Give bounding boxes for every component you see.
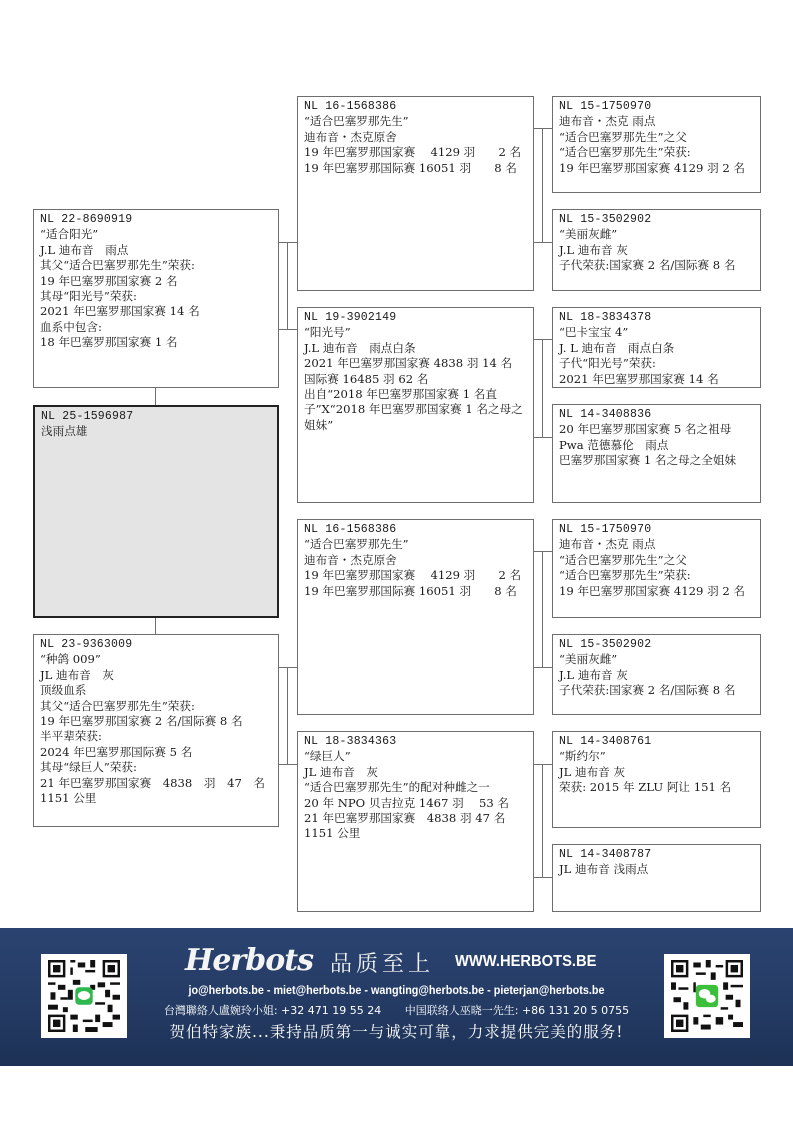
connector-subject-dam [155, 617, 156, 634]
breeder-color: 迪布音・杰克 雨点 [559, 114, 754, 129]
breeder: 迪布音・杰克原舍 [304, 130, 527, 145]
detail-line: 21 年巴塞罗那国家赛 4838 羽 47 名 [304, 811, 527, 826]
ring-number: NL 23-9363009 [40, 637, 272, 652]
connector-sire-sd [278, 329, 297, 330]
detail-line: 1151 公里 [40, 791, 272, 806]
detail-line: 2021 年巴塞罗那国家赛 4838 羽 14 名 [304, 356, 527, 371]
detail-line: 血系中包含: [40, 320, 272, 335]
website-link[interactable]: WWW.HERBOTS.BE [455, 953, 596, 971]
detail-line: 子代荣获:国家赛 2 名/国际赛 8 名 [559, 683, 754, 698]
contact-china: 中国联络人巫晓一先生: +86 131 20 5 0755 [405, 1004, 629, 1017]
brand-row: Herbots 品质至上 WWW.HERBOTS.BE [185, 943, 645, 979]
detail-line: “适合巴塞罗那先生”的配对种雌之一 [304, 780, 527, 795]
detail-line: 2021 年巴塞罗那国家赛 14 名 [559, 372, 754, 387]
detail-line: 荣获: 2015 年 ZLU 阿让 151 名 [559, 780, 754, 795]
detail-line: 其母“阳光号”荣获: [40, 289, 272, 304]
pedigree-box-ddd: NL 14-3408787 JL 迪布音 浅雨点 [552, 844, 761, 912]
pigeon-name: “适合巴塞罗那先生” [304, 537, 527, 552]
detail-line: 19 年巴塞罗那国家赛 4129 羽 2 名 [304, 145, 527, 160]
detail-line: “适合巴塞罗那先生”之父 [559, 130, 754, 145]
breeder-color: J.L 迪布音 灰 [559, 243, 754, 258]
detail-line: 19 年巴塞罗那国家赛 2 名/国际赛 8 名 [40, 714, 272, 729]
contact-taiwan: 台灣聯絡人盧婉玲小姐: +32 471 19 55 24 [164, 1004, 381, 1017]
detail-line: “适合巴塞罗那先生”荣获: [559, 568, 754, 583]
brand-slogan: 品质至上 [330, 947, 434, 978]
connector-ss-ssd [533, 242, 552, 243]
pigeon-name: “适合巴塞罗那先生” [304, 114, 527, 129]
connector-dam-v [287, 667, 288, 765]
connector-ds-dsd [533, 667, 552, 668]
ring-number: NL 18-3834363 [304, 734, 527, 749]
pedigree-box-ssd: NL 15-3502902 “美丽灰雌” J.L 迪布音 灰 子代荣获:国家赛 … [552, 209, 761, 291]
detail-line: “适合巴塞罗那先生”荣获: [559, 145, 754, 160]
detail-line: 顶级血系 [40, 683, 272, 698]
detail-line: 国际赛 16485 羽 62 名 [304, 372, 527, 387]
ring-number: NL 14-3408761 [559, 734, 754, 749]
ring-number: NL 22-8690919 [40, 212, 272, 227]
pedigree-box-sdd: NL 14-3408836 20 年巴塞罗那国家赛 5 名之祖母 Pwa 范德慕… [552, 404, 761, 503]
ring-number: NL 19-3902149 [304, 310, 527, 325]
ring-number: NL 15-1750970 [559, 99, 754, 114]
pedigree-box-dam-dam: NL 18-3834363 “绿巨人” JL 迪布音 灰 “适合巴塞罗那先生”的… [297, 731, 534, 912]
detail-line: 19 年巴塞罗那国家赛 4129 羽 2 名 [559, 161, 754, 176]
pedigree-box-dam-sire: NL 16-1568386 “适合巴塞罗那先生” 迪布音・杰克原舍 19 年巴塞… [297, 519, 534, 715]
pedigree-box-dds: NL 14-3408761 “斯约尔” JL 迪布音 灰 荣获: 2015 年 … [552, 731, 761, 828]
breeder-color: JL 迪布音 浅雨点 [559, 862, 754, 877]
detail-line: 21 年巴塞罗那国家赛 4838 羽 47 名 [40, 776, 272, 791]
detail-line: 出自“2018 年巴塞罗那国家赛 1 名直子”X“2018 年巴塞罗那国家赛 1… [304, 387, 527, 433]
detail-line: 2024 年巴塞罗那国际赛 5 名 [40, 745, 272, 760]
detail-line: 2021 年巴塞罗那国家赛 14 名 [40, 304, 272, 319]
pigeon-name: “绿巨人” [304, 749, 527, 764]
ring-number: NL 25-1596987 [41, 409, 271, 424]
breeder-color: J.L 迪布音 雨点 [40, 243, 272, 258]
ring-number: NL 14-3408836 [559, 407, 754, 422]
breeder-color: JL 迪布音 灰 [40, 668, 272, 683]
pigeon-name: “阳光号” [304, 325, 527, 340]
pigeon-name: “斯约尔” [559, 749, 754, 764]
footer-banner: Herbots 品质至上 WWW.HERBOTS.BE jo@herbots.b… [0, 928, 793, 1066]
connector-sire-h [278, 242, 287, 243]
pedigree-box-dsd: NL 15-3502902 “美丽灰雌” J.L 迪布音 灰 子代荣获:国家赛 … [552, 634, 761, 715]
pigeon-name: “适合阳光” [40, 227, 272, 242]
detail-line: 子代荣获:国家赛 2 名/国际赛 8 名 [559, 258, 754, 273]
pedigree-box-subject: NL 25-1596987 浅雨点雄 [33, 405, 279, 618]
detail-line: 巴塞罗那国家赛 1 名之母之全姐妹 [559, 453, 754, 468]
connector-subject-sire [155, 387, 156, 405]
contact-emails[interactable]: jo@herbots.be - miet@herbots.be - wangti… [40, 983, 754, 997]
detail-line: 19 年巴塞罗那国际赛 16051 羽 8 名 [304, 584, 527, 599]
detail-line: 1151 公里 [304, 826, 527, 841]
pedigree-box-sire-dam: NL 19-3902149 “阳光号” J.L 迪布音 雨点白条 2021 年巴… [297, 307, 534, 503]
breeder: 迪布音・杰克原舍 [304, 553, 527, 568]
pedigree-box-sss: NL 15-1750970 迪布音・杰克 雨点 “适合巴塞罗那先生”之父 “适合… [552, 96, 761, 193]
breeder-color: JL 迪布音 灰 [304, 765, 527, 780]
connector-ds-v [542, 551, 543, 667]
detail-line: 其父“适合巴塞罗那先生”荣获: [40, 258, 272, 273]
connector-dd-ddd [533, 877, 552, 878]
herbots-logo: Herbots [185, 943, 313, 978]
breeder-color: J.L 迪布音 雨点白条 [304, 341, 527, 356]
breeder-color: JL 迪布音 灰 [559, 765, 754, 780]
connector-sd-v [542, 339, 543, 437]
connector-sd-sdd [533, 437, 552, 438]
connector-sire-v [287, 242, 288, 330]
pigeon-name: “美丽灰雌” [559, 227, 754, 242]
breeder-color: J.L 迪布音 灰 [559, 668, 754, 683]
pigeon-name: “美丽灰雌” [559, 652, 754, 667]
pedigree-box-sds: NL 18-3834378 “巴卡宝宝 4” J. L 迪布音 雨点白条 子代“… [552, 307, 761, 388]
detail-line: 19 年巴塞罗那国家赛 2 名 [40, 274, 272, 289]
connector-dam-dd [278, 764, 297, 765]
qr-code-icon [670, 960, 744, 1032]
ring-number: NL 15-3502902 [559, 637, 754, 652]
detail-line: 19 年巴塞罗那国家赛 4129 羽 2 名 [559, 584, 754, 599]
pedigree-box-sire-sire: NL 16-1568386 “适合巴塞罗那先生” 迪布音・杰克原舍 19 年巴塞… [297, 96, 534, 291]
pigeon-name: “种鸽 009” [40, 652, 272, 667]
ring-number: NL 15-1750970 [559, 522, 754, 537]
breeder-color: 迪布音・杰克 雨点 [559, 537, 754, 552]
detail-line: “适合巴塞罗那先生”之父 [559, 553, 754, 568]
detail-line: 19 年巴塞罗那国际赛 16051 羽 8 名 [304, 161, 527, 176]
detail-line: 半平辈荣获: [40, 729, 272, 744]
detail-line: 20 年巴塞罗那国家赛 5 名之祖母 [559, 422, 754, 437]
ring-number: NL 15-3502902 [559, 212, 754, 227]
pedigree-box-dss: NL 15-1750970 迪布音・杰克 雨点 “适合巴塞罗那先生”之父 “适合… [552, 519, 761, 618]
qr-code-wechat[interactable] [664, 954, 750, 1038]
connector-sire-ss [287, 242, 297, 243]
detail-line: 子代“阳光号”荣获: [559, 356, 754, 371]
connector-dd-v [542, 764, 543, 877]
ring-number: NL 14-3408787 [559, 847, 754, 862]
detail-line: 18 年巴塞罗那国家赛 1 名 [40, 335, 272, 350]
detail-line: 20 年 NPO 贝吉拉克 1467 羽 53 名 [304, 796, 527, 811]
ring-number: NL 16-1568386 [304, 99, 527, 114]
detail-line: 19 年巴塞罗那国家赛 4129 羽 2 名 [304, 568, 527, 583]
pedigree-box-sire: NL 22-8690919 “适合阳光” J.L 迪布音 雨点 其父“适合巴塞罗… [33, 209, 279, 388]
ring-number: NL 16-1568386 [304, 522, 527, 537]
ring-number: NL 18-3834378 [559, 310, 754, 325]
pedigree-box-dam: NL 23-9363009 “种鸽 009” JL 迪布音 灰 顶级血系 其父“… [33, 634, 279, 827]
color-sex: 浅雨点雄 [41, 424, 271, 439]
detail-line: 其母“绿巨人”荣获: [40, 760, 272, 775]
connector-ss-v [542, 128, 543, 242]
pigeon-name: “巴卡宝宝 4” [559, 325, 754, 340]
breeder-color: Pwa 范德慕伦 雨点 [559, 438, 754, 453]
detail-line: 其父“适合巴塞罗那先生”荣获: [40, 699, 272, 714]
breeder-color: J. L 迪布音 雨点白条 [559, 341, 754, 356]
